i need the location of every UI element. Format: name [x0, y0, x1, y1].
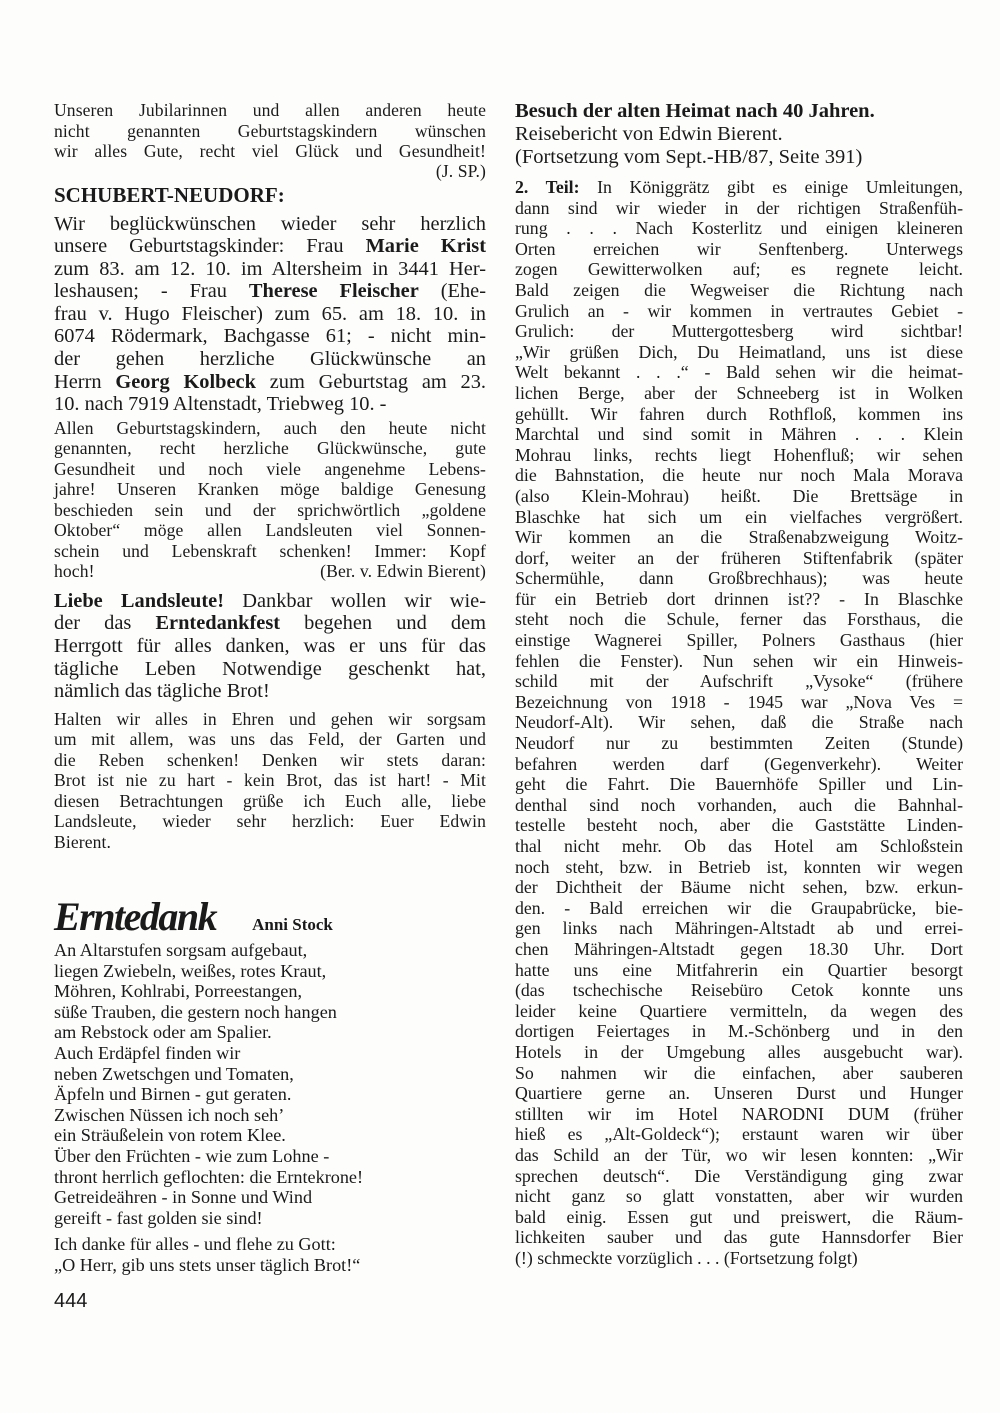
text-line: diesen Betrachtungen grüße ich Euch alle… [54, 791, 486, 812]
text-line: Quartiere gerne an. Unseren Durst und Hu… [515, 1083, 963, 1104]
text-line: Welt bekannt . . .“ - Bald sehen wir die… [515, 362, 963, 383]
text-line: (!) schmeckte vorzüglich . . . (Fortsetz… [515, 1248, 963, 1269]
text-line: (das tschechische Reisebüro Cetok konnte… [515, 980, 963, 1001]
text-run: der gehen herzliche Glückwünsche an [54, 348, 486, 370]
text-run: unsere Geburtstagskinder: Frau [54, 235, 366, 257]
wishes-last-word: hoch! [54, 561, 95, 582]
wishes-last-line: hoch! (Ber. v. Edwin Bierent) [54, 561, 486, 582]
poem-line: Ich danke für alles - und flehe zu Gott: [54, 1234, 486, 1255]
text-line: Bezeichnung von 1918 - 1945 war „Nova Ve… [515, 692, 963, 713]
text-line: schein und Lebenskraft schenken! Immer: … [54, 541, 486, 562]
poem-line: Möhren, Kohlrabi, Porreestangen, [54, 981, 486, 1002]
text-run: Dankbar wollen wir wie- [224, 590, 486, 612]
part-label: 2. Teil: [515, 177, 580, 197]
text-run: zum Geburtstag am 23. [256, 371, 486, 393]
text-run: zum 83. am 12. 10. im Altersheim in 3441… [54, 258, 486, 280]
text-line: der gehen herzliche Glückwünsche an [54, 348, 486, 371]
text-line: der Dichtheit der Bäume nicht sehen, bzw… [515, 877, 963, 898]
text-line: schild mit der Aufschrift „Vysoke“ (früh… [515, 671, 963, 692]
text-line: 6074 Rödermark, Bachgasse 61; - nicht mi… [54, 325, 486, 348]
text-line: Marchtal und sind somit in Mähren . . . … [515, 424, 963, 445]
text-line: Orten erreichen wir Senftenberg. Unterwe… [515, 239, 963, 260]
text-run: Herrgott für alles danken, was er uns fü… [54, 635, 486, 657]
text-line: Halten wir alles in Ehren und gehen wir … [54, 709, 486, 730]
text-line: Landsleute, wieder sehr herzlich: Euer E… [54, 811, 486, 832]
poem-body: An Altarstufen sorgsam aufgebaut,liegen … [54, 940, 486, 1276]
text-line: „Wir grüßen Dich, Du Heimatland, uns ist… [515, 342, 963, 363]
text-line: Mohrau links, rechts liegt Hohenfluß; wi… [515, 445, 963, 466]
text-line: geht die Fahrt. Die Bauernhöfe Spiller u… [515, 774, 963, 795]
closing-last-line: Bierent. [54, 832, 486, 853]
text-line: den. - Bald erreichen wir die Graupabrüc… [515, 898, 963, 919]
bold-name: Therese Fleischer [249, 280, 419, 302]
bold-name: Georg Kolbeck [115, 371, 256, 393]
general-wishes-paragraph: Allen Geburtstagskindern, auch den heute… [54, 418, 486, 562]
poem-line: süße Trauben, die gestern noch hangen [54, 1002, 486, 1023]
text-run: begehen und dem [280, 612, 486, 634]
text-line: nicht ganz so glatt vonstatten, aber wir… [515, 1186, 963, 1207]
text-line: die Bahnstation, die heute nur noch Mala… [515, 465, 963, 486]
text-line: lichkeiten sauber und das gute Hannsdorf… [515, 1227, 963, 1248]
article-first-line: 2. Teil: In Königgrätz gibt es einige Um… [515, 177, 963, 198]
text-line: frau v. Hugo Fleischer) zum 65. am 18. 1… [54, 303, 486, 326]
text-line: unsere Geburtstagskinder: Frau Marie Kri… [54, 235, 486, 258]
poem-line: Auch Erdäpfel finden wir [54, 1043, 486, 1064]
text-line: gehüllt. Wir fahren durch Rothfloß, komm… [515, 404, 963, 425]
text-line: nämlich das tägliche Brot! [54, 680, 486, 703]
text-line: Neudorf nur zu bestimmten Zeiten (Stunde… [515, 733, 963, 754]
birthday-intro-paragraph: Unseren Jubilarinnen und allen anderen h… [54, 100, 486, 162]
page-number: 444 [54, 1290, 87, 1313]
text-line: zum 83. am 12. 10. im Altersheim in 3441… [54, 258, 486, 281]
text-line: Unseren Jubilarinnen und allen anderen h… [54, 100, 486, 121]
text-line: hieß es „Alt-Goldeck“); erstaunt waren w… [515, 1124, 963, 1145]
text-line: denthal sind noch vorhanden, auch die Ba… [515, 795, 963, 816]
poem-line: am Rebstock oder am Spalier. [54, 1022, 486, 1043]
poem-title: Erntedank [54, 893, 216, 940]
poem-line: Getreideähren - in Sonne und Wind [54, 1187, 486, 1208]
text-run: Herrn [54, 371, 115, 393]
text-line: Oktober“ möge allen Landsleuten viel Son… [54, 520, 486, 541]
text-line: Liebe Landsleute! Dankbar wollen wir wie… [54, 590, 486, 613]
text-line: Allen Geburtstagskindern, auch den heute… [54, 418, 486, 439]
text-run: tägliche Leben Notwendige geschenkt hat, [54, 658, 486, 680]
text-line: Grulich: der Muttergottesberg wird sicht… [515, 321, 963, 342]
text-line: für ein Betrieb dort drinnen ist?? - In … [515, 589, 963, 610]
bold-name: Erntedankfest [155, 612, 280, 634]
article-continuation-note: (Fortsetzung vom Sept.-HB/87, Seite 391) [515, 146, 963, 169]
text-line: hatte uns eine Mitfahrerin ein Quartier … [515, 960, 963, 981]
poem-stanza: An Altarstufen sorgsam aufgebaut,liegen … [54, 940, 486, 1228]
text-line: chen Mähringen-Altstadt gegen 18.30 Uhr.… [515, 939, 963, 960]
text-line: So nahmen wir die einfachen, aber sauber… [515, 1063, 963, 1084]
text-line: genannten, recht herzliche Glückwünsche,… [54, 438, 486, 459]
section-heading-schubert-neudorf: SCHUBERT-NEUDORF: [54, 183, 486, 207]
text-line: dorf, weiter an der früheren Stiftenfabr… [515, 548, 963, 569]
text-line: bald einig. Essen gut und preiswert, die… [515, 1207, 963, 1228]
text-line: sprechen deutsch“. Die Verständigung gin… [515, 1166, 963, 1187]
text-line: Herrn Georg Kolbeck zum Geburtstag am 23… [54, 371, 486, 394]
text-line: Grulich an - wir kommen in vertrautes Ge… [515, 301, 963, 322]
text-line: gen links nach Mähringen-Altstadt ab und… [515, 918, 963, 939]
text-line: stillten wir im Hotel NARODNI DUM (frühe… [515, 1104, 963, 1125]
text-line: Schermühle, dann Großbrechhaus); was heu… [515, 568, 963, 589]
text-line: wir alles Gute, recht viel Glück und Ges… [54, 141, 486, 162]
text-line: beschieden sein und der sprichwörtlich „… [54, 500, 486, 521]
text-line: Wir beglückwünschen wieder sehr herzlich [54, 213, 486, 236]
text-run: nämlich das tägliche Brot! [54, 680, 270, 702]
text-line: leshausen; - Frau Therese Fleischer (Ehe… [54, 280, 486, 303]
text-line: fehlen die Fenster). Nun sehen wir ein H… [515, 651, 963, 672]
text-line: einstige Wagnerei Spiller, Polners Gasth… [515, 630, 963, 651]
poem-final-stanza: Ich danke für alles - und flehe zu Gott:… [54, 1234, 486, 1275]
text-line: die Reben schenken! Denken wir stets dar… [54, 750, 486, 771]
text-line: 10. nach 7919 Altenstadt, Triebweg 10. - [54, 393, 486, 416]
text-line: thal nicht mehr. Ob das Hotel am Schloßs… [515, 836, 963, 857]
text-line: jahre! Unseren Kranken möge baldige Gene… [54, 479, 486, 500]
poem-line: neben Zwetschgen und Tomaten, [54, 1064, 486, 1085]
poem-line: liegen Zwiebeln, weißes, rotes Kraut, [54, 961, 486, 982]
text-line: testelle besteht noch, aber die Gaststät… [515, 815, 963, 836]
text-line: Wir kommen an die Straßenabzweigung Woit… [515, 527, 963, 548]
text-line: rung . . . Nach Kosterlitz und einigen k… [515, 218, 963, 239]
article-subtitle: Reisebericht von Edwin Bierent. [515, 123, 963, 146]
text-line: Neudorf-Alt). Wir sehen, daß die Straße … [515, 712, 963, 733]
text-run: (Ehe- [419, 280, 486, 302]
wishes-signature: (Ber. v. Edwin Bierent) [320, 561, 486, 582]
poem-line: Über den Früchten - wie zum Lohne - [54, 1146, 486, 1167]
text-line: Blaschke hat sich um ein vielfaches verg… [515, 507, 963, 528]
article-lines: dann sind wir wieder in der richtigen St… [515, 198, 963, 1269]
first-line-text: In Königgrätz gibt es einige Umleitungen… [580, 177, 963, 197]
text-line: dortigen Feiertages in M.-Schönberg und … [515, 1021, 963, 1042]
text-line: nicht genannten Geburtstagskindern wünsc… [54, 121, 486, 142]
poem-line: An Altarstufen sorgsam aufgebaut, [54, 940, 486, 961]
article-body: 2. Teil: In Königgrätz gibt es einige Um… [515, 177, 963, 1268]
text-line: Hotels in der Umgebung alles ausgebucht … [515, 1042, 963, 1063]
text-line: (also Klein-Mohrau) heißt. Die Brettsäge… [515, 486, 963, 507]
text-run: Wir beglückwünschen wieder sehr herzlich [54, 213, 486, 235]
poem-line: „O Herr, gib uns stets unser täglich Bro… [54, 1255, 486, 1276]
left-column: Unseren Jubilarinnen und allen anderen h… [54, 100, 486, 852]
poem-line: ein Sträußelein von rotem Klee. [54, 1125, 486, 1146]
poem-line: Zwischen Nüssen ich noch seh’ [54, 1105, 486, 1126]
text-line: um mit allem, was uns das Feld, der Gart… [54, 729, 486, 750]
poem-line: Äpfeln und Birnen - gut geraten. [54, 1084, 486, 1105]
right-column: Besuch der alten Heimat nach 40 Jahren. … [515, 100, 963, 1268]
poem-line: thront herrlich geflochten: die Erntekro… [54, 1167, 486, 1188]
text-run: 10. nach 7919 Altenstadt, Triebweg 10. - [54, 393, 386, 415]
bold-name: Liebe Landsleute! [54, 590, 224, 612]
text-line: leider keine Quartiere vermitteln, da we… [515, 1001, 963, 1022]
closing-paragraph: Halten wir alles in Ehren und gehen wir … [54, 709, 486, 832]
poem-line: gereift - fast golden sie sind! [54, 1208, 486, 1229]
text-line: tägliche Leben Notwendige geschenkt hat, [54, 658, 486, 681]
text-line: befahren werden darf (Gegenverkehr). Wei… [515, 754, 963, 775]
harvest-thanks-paragraph: Liebe Landsleute! Dankbar wollen wir wie… [54, 590, 486, 703]
text-line: zogen Gewitterwolken auf; es regnete lei… [515, 259, 963, 280]
text-run: leshausen; - Frau [54, 280, 249, 302]
bold-name: Marie Krist [366, 235, 486, 257]
text-line: Bald zeigen die Wegweiser die Richtung n… [515, 280, 963, 301]
article-title: Besuch der alten Heimat nach 40 Jahren. [515, 100, 963, 123]
text-run: 6074 Rödermark, Bachgasse 61; - nicht mi… [54, 325, 486, 347]
text-line: lichen Berge, aber der Schneeberg ist in… [515, 383, 963, 404]
poem-author: Anni Stock [252, 915, 333, 935]
text-line: steht noch die Schule, ferner das Forsth… [515, 609, 963, 630]
intro-signature: (J. SP.) [54, 162, 486, 181]
text-line: Brot ist nie zu hart - kein Brot, das is… [54, 770, 486, 791]
text-line: noch steht, bzw. in Betrieb ist, konnten… [515, 857, 963, 878]
poem-header: Erntedank Anni Stock [54, 893, 333, 940]
text-line: der das Erntedankfest begehen und dem [54, 612, 486, 635]
text-run: frau v. Hugo Fleischer) zum 65. am 18. 1… [54, 303, 486, 325]
text-line: das Schild an der Tür, wo wir lesen konn… [515, 1145, 963, 1166]
text-line: Gesundheit und noch viele angenehme Lebe… [54, 459, 486, 480]
text-line: Herrgott für alles danken, was er uns fü… [54, 635, 486, 658]
text-line: dann sind wir wieder in der richtigen St… [515, 198, 963, 219]
text-run: der das [54, 612, 155, 634]
birthday-greetings-paragraph: Wir beglückwünschen wieder sehr herzlich… [54, 213, 486, 416]
